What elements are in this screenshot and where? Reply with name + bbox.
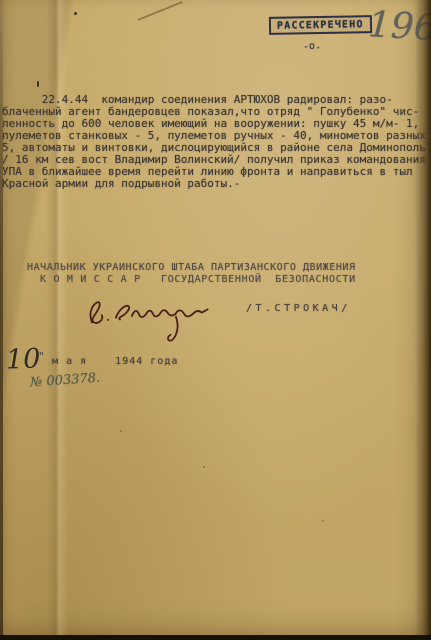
signature-autograph <box>77 287 249 355</box>
paper-speck <box>203 466 205 468</box>
ink-speck <box>74 12 77 15</box>
typed-signatory-name: /Т.СТРОКАЧ/ <box>246 303 351 314</box>
scanned-document-page: РАССЕКРЕЧЕНО -о. 196 22.4.44 командир со… <box>0 0 431 640</box>
body-paragraph: 22.4.44 командир соединения АРТЮХОВ ради… <box>2 94 431 190</box>
bottom-page-edge <box>0 635 431 640</box>
typed-month-year: м а я 1944 года <box>52 356 178 367</box>
under-stamp-mark: -о. <box>302 40 321 53</box>
declassified-stamp: РАССЕКРЕЧЕНО <box>269 15 372 35</box>
ink-speck <box>37 81 39 87</box>
signoff-title-line1: НАЧАЛЬНИК УКРАИНСКОГО ШТАБА ПАРТИЗАНСКОГ… <box>27 262 356 273</box>
paper-speck <box>120 430 122 432</box>
body-line: Красной армии для подрывной работы.- <box>2 178 431 190</box>
handwritten-day: 10 <box>5 343 40 375</box>
signoff-title-line2: К О М И С С А Р ГОСУДАРСТВЕННОЙ БЕЗОПАСН… <box>40 274 356 285</box>
paper-speck <box>322 520 324 522</box>
page-number: 196 <box>367 4 431 48</box>
date-quote-mark: " <box>38 350 45 363</box>
pencil-mark <box>137 1 182 21</box>
